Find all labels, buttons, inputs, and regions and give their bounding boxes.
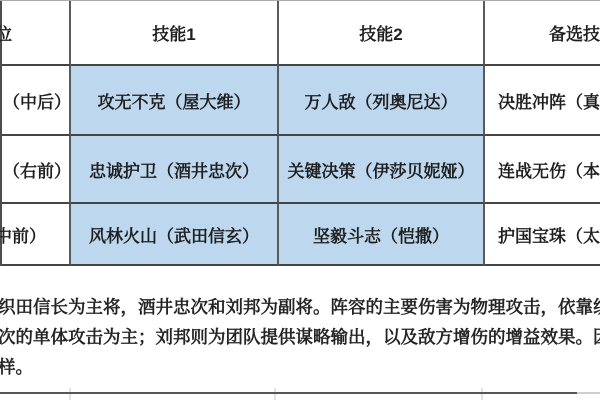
alt-skill-label: 护国宝珠（太原 (498, 222, 600, 247)
table-cell-skill2-row2: 关键决策（伊莎贝妮娅） (279, 136, 485, 204)
next-table-column-line (69, 388, 71, 400)
table-cell-skill2-row1: 万人敌（列奥尼达） (279, 66, 485, 136)
alt-skill-label: 决胜冲阵（真田 (498, 88, 600, 113)
skill1-label: 忠诚护卫（酒井忠次） (89, 157, 259, 182)
column-header-position: 位 (2, 1, 71, 66)
column-header-skill1: 技能1 (71, 1, 279, 66)
lineup-description: 织田信长为主将，酒井忠次和刘邦为副将。阵容的主要伤害为物理攻击，依靠织 次的单体… (0, 292, 600, 382)
skill2-label: 关键决策（伊莎贝妮娅） (288, 157, 475, 182)
description-line: 织田信长为主将，酒井忠次和刘邦为副将。阵容的主要伤害为物理攻击，依靠织 (0, 292, 600, 322)
skill1-label: 风林火山（武田信玄） (89, 222, 259, 247)
skill2-label: 坚毅斗志（恺撒） (313, 222, 449, 247)
table-cell-alt-skill-row1: 决胜冲阵（真田 (485, 66, 600, 136)
column-header-skill2-label: 技能2 (359, 20, 402, 45)
table-cell-alt-skill-row3: 护国宝珠（太原 (485, 204, 600, 266)
alt-skill-label: 连战无伤（本多 (498, 157, 600, 182)
position-label: （中后） (3, 88, 71, 113)
table-cell-position-row1: （中后） (2, 66, 71, 136)
page: 位 技能1 技能2 备选技能 （中后） 攻无不克（屋大维） 万人敌（列奥尼达） … (0, 0, 600, 400)
column-header-position-label: 位 (0, 20, 12, 45)
table-cell-skill1-row2: 忠诚护卫（酒井忠次） (71, 136, 279, 204)
description-line: 次的单体攻击为主；刘邦则为团队提供谋略输出，以及敌方增伤的增益效果。因 (0, 322, 600, 352)
next-table-top-border-light (577, 392, 600, 394)
column-header-alt-skill-label: 备选技能 (549, 20, 600, 45)
next-table-top-border (0, 392, 577, 394)
position-label: （右前） (3, 157, 71, 182)
lineup-skill-table: 位 技能1 技能2 备选技能 （中后） 攻无不克（屋大维） 万人敌（列奥尼达） … (0, 1, 600, 266)
table-cell-skill2-row3: 坚毅斗志（恺撒） (279, 204, 485, 266)
column-header-skill2: 技能2 (279, 1, 485, 66)
table-cell-skill1-row1: 攻无不克（屋大维） (71, 66, 279, 136)
skill2-label: 万人敌（列奥尼达） (305, 88, 458, 113)
table-cell-position-row3: （中前） (2, 204, 71, 266)
table-cell-position-row2: （右前） (2, 136, 71, 204)
table-cell-alt-skill-row2: 连战无伤（本多 (485, 136, 600, 204)
description-line: 样。 (0, 352, 600, 382)
table-cell-skill1-row3: 风林火山（武田信玄） (71, 204, 279, 266)
skill1-label: 攻无不克（屋大维） (98, 88, 251, 113)
column-header-alt-skill: 备选技能 (485, 1, 600, 66)
column-header-skill1-label: 技能1 (152, 20, 195, 45)
next-table-column-line (481, 388, 483, 400)
next-table-column-line (274, 388, 276, 400)
position-label: （中前） (0, 222, 46, 247)
